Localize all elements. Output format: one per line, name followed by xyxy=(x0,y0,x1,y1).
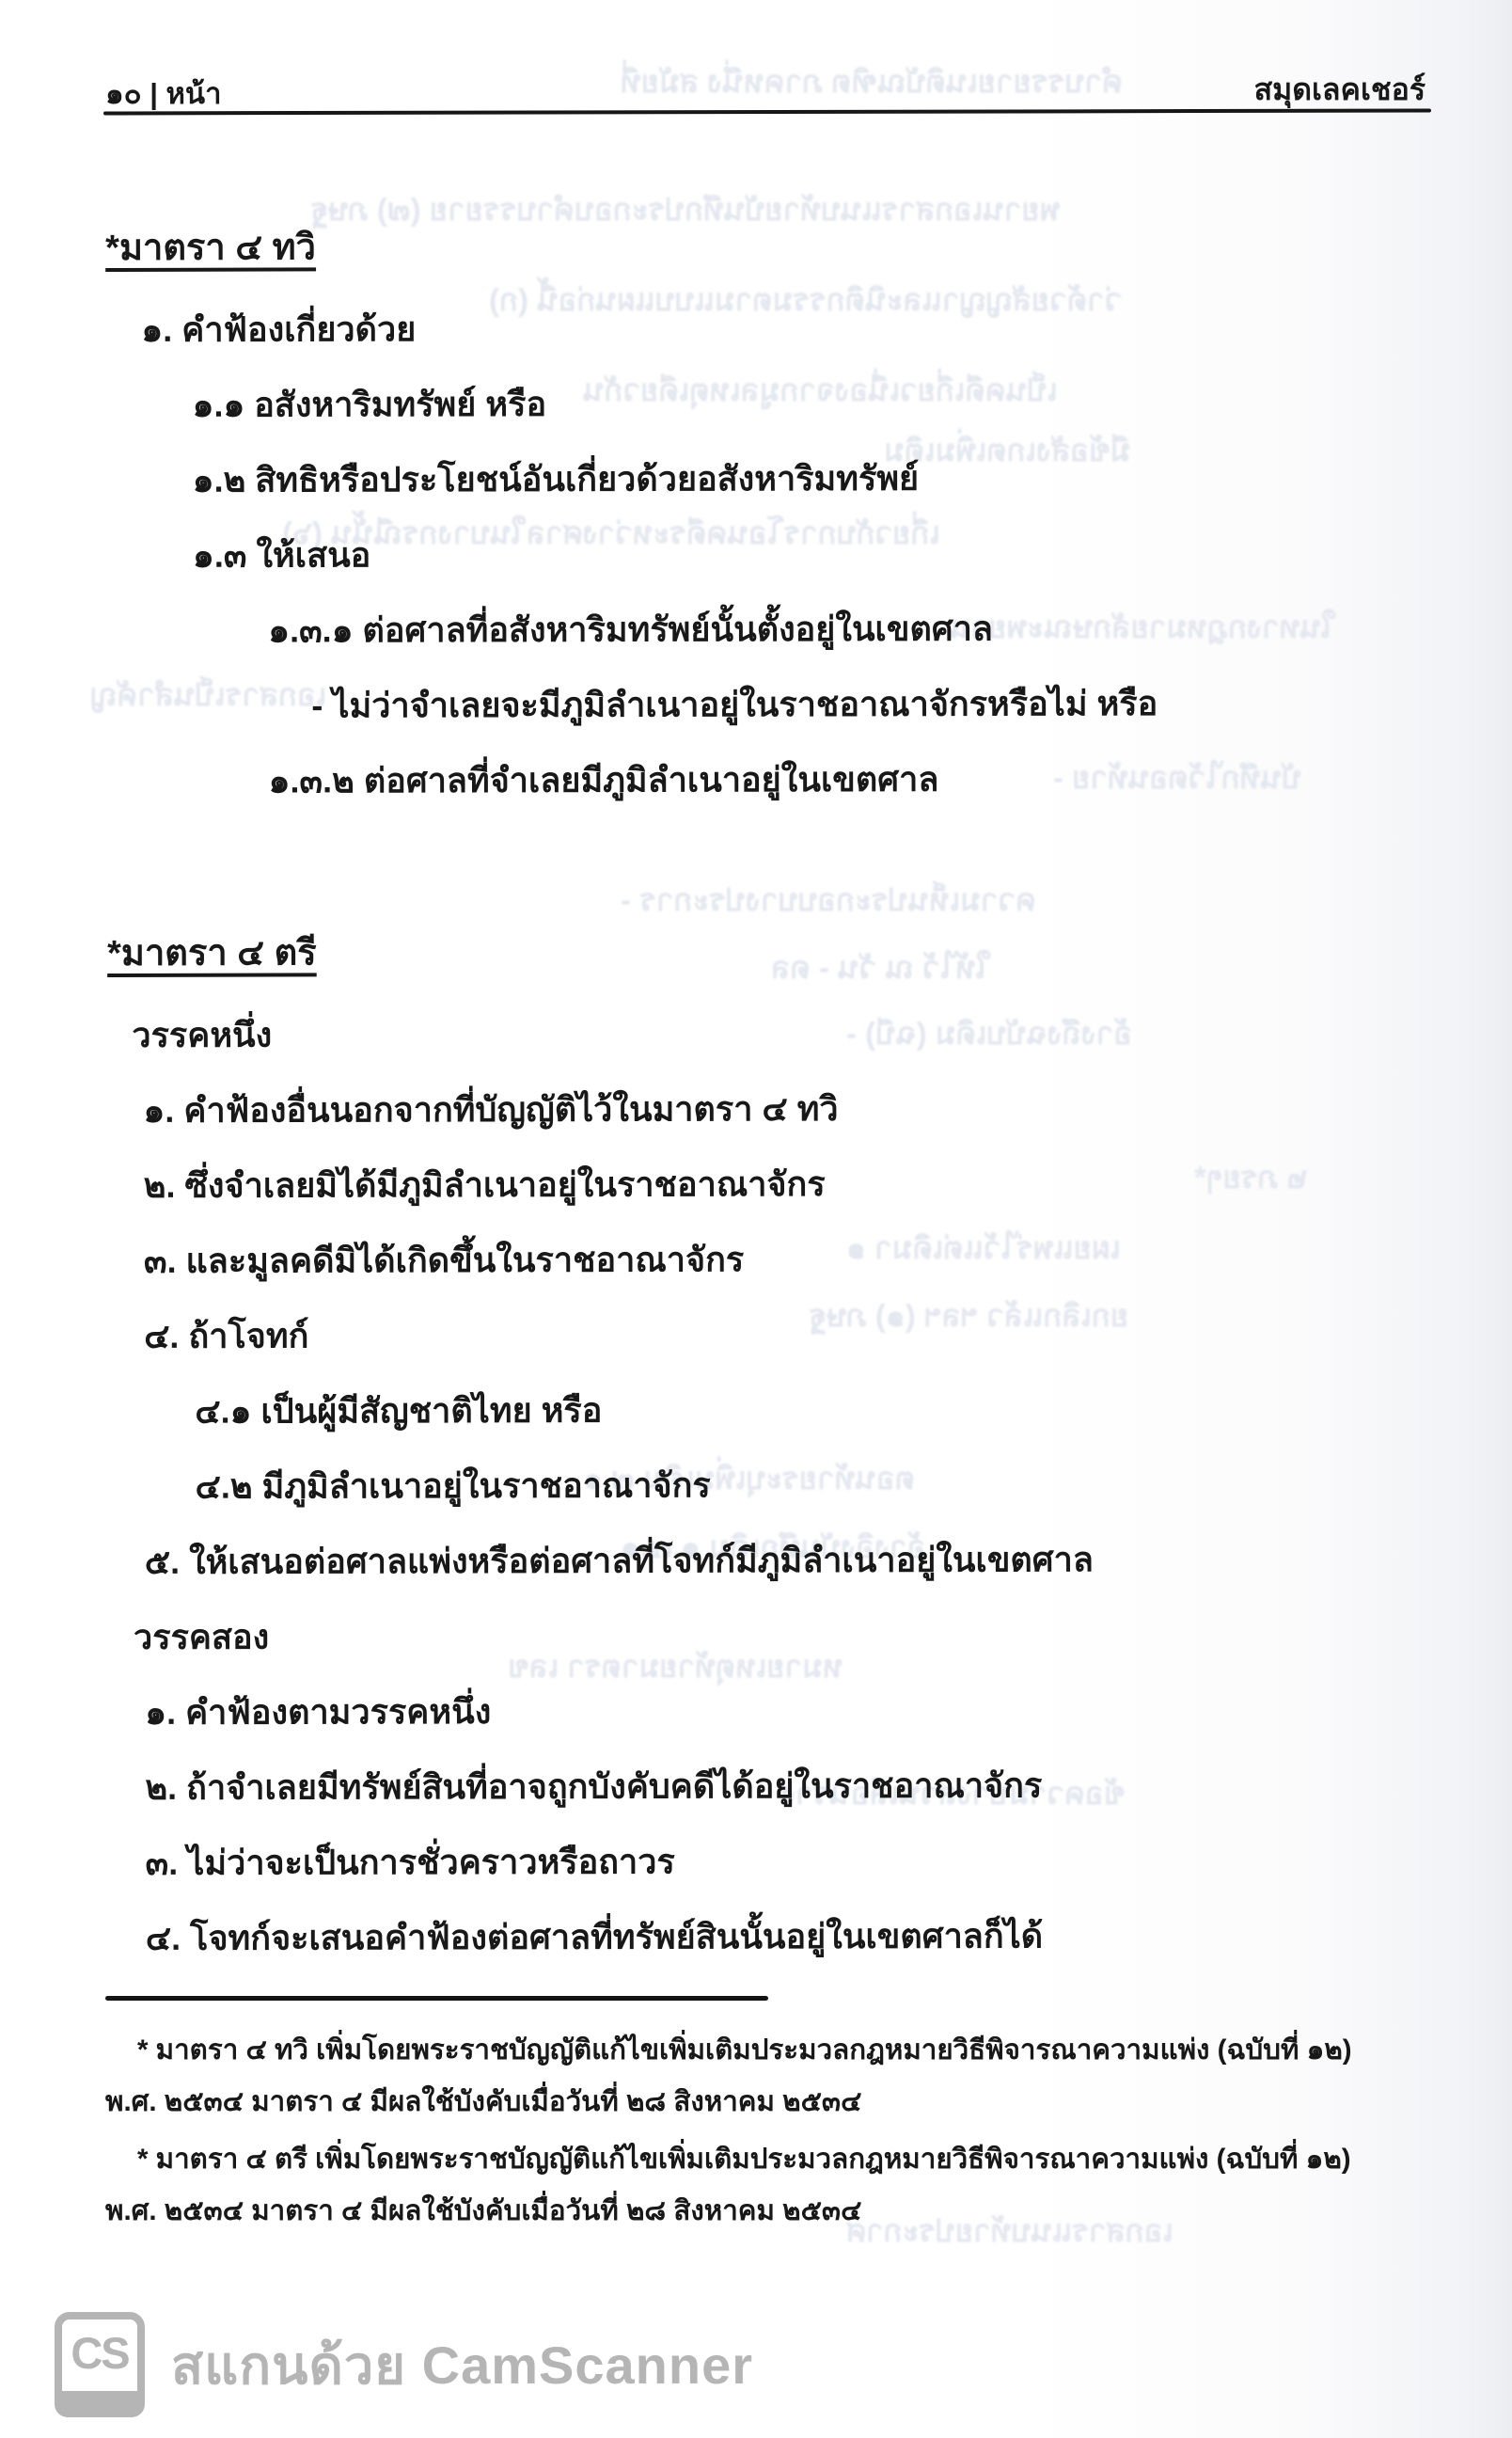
content-line: ๑.๓.๑ ต่อศาลที่อสังหาริมทรัพย์นั้นตั้งอย… xyxy=(106,589,1457,668)
content-line: วรรคหนึ่ง xyxy=(107,993,1457,1072)
footnote-line: พ.ศ. ๒๕๓๔ มาตรา ๔ มีผลใช้บังคับเมื่อวันท… xyxy=(105,2185,1456,2237)
content-line: ๑.๑ อสังหาริมทรัพย์ หรือ xyxy=(105,363,1456,442)
camscanner-icon: CS xyxy=(55,2312,145,2417)
content-line: ๕. ให้เสนอต่อศาลแพ่งหรือต่อศาลที่โจทก์มี… xyxy=(109,1520,1459,1599)
footnote-line: พ.ศ. ๒๕๓๔ มาตรา ๔ มีผลใช้บังคับเมื่อวันท… xyxy=(105,2076,1456,2128)
content-line: *มาตรา ๔ ทวิ xyxy=(105,198,1456,292)
bleed-through-text: คำบรรยายเนติบัณฑิต ภาคหนึ่ง สมัยที่ xyxy=(621,56,1123,106)
content-line: ๑. คำฟ้องอื่นนอกจากที่บัญญัติไว้ในมาตรา … xyxy=(107,1069,1457,1148)
content-line: ๓. และมูลคดีมิได้เกิดขึ้นในราชอาณาจักร xyxy=(108,1219,1458,1298)
footnote-divider xyxy=(105,1996,768,2001)
camscanner-watermark: CS สแกนด้วย CamScanner xyxy=(55,2312,753,2417)
camscanner-icon-letters: CS xyxy=(71,2327,128,2379)
content-line: ๔.๒ มีภูมิลำเนาอยู่ในราชอาณาจักร xyxy=(108,1445,1458,1524)
content-line: ๒. ซึ่งจำเลยมิได้มีภูมิลำเนาอยู่ในราชอาณ… xyxy=(108,1144,1458,1223)
content-line: ๑. คำฟ้องเกี่ยวด้วย xyxy=(105,288,1456,367)
scanned-page: คำบรรยายเนติบัณฑิต ภาคหนึ่ง สมัยที่พยานเ… xyxy=(0,0,1512,2438)
header-title: สมุดเลคเชอร์ xyxy=(1254,66,1425,114)
camscanner-icon-band xyxy=(55,2391,145,2417)
content-line: ๓. ไม่ว่าจะเป็นการชั่วคราวหรือถาวร xyxy=(110,1821,1460,1900)
header-divider xyxy=(103,109,1431,116)
content-line: ๔. ถ้าโจทก์ xyxy=(108,1294,1458,1373)
content-line: ๑.๓ ให้เสนอ xyxy=(106,514,1457,593)
content-line: ๒. ถ้าจำเลยมีทรัพย์สินที่อาจถูกบังคับคดี… xyxy=(109,1746,1459,1825)
footnote-line: * มาตรา ๔ ตรี เพิ่มโดยพระราชบัญญัติแก้ไข… xyxy=(105,2133,1456,2185)
content-line: *มาตรา ๔ ตรี xyxy=(107,904,1457,997)
document-content: *มาตรา ๔ ทวิ๑. คำฟ้องเกี่ยวด้วย๑.๑ อสังห… xyxy=(105,198,1460,1975)
content-line: ๔.๑ เป็นผู้มีสัญชาติไทย หรือ xyxy=(108,1369,1458,1449)
camscanner-watermark-text: สแกนด้วย CamScanner xyxy=(171,2323,753,2407)
content-line: ๑.๒ สิทธิหรือประโยชน์อันเกี่ยวด้วยอสังหา… xyxy=(106,438,1457,517)
content-line: ๔. โจทก์จะเสนอคำฟ้องต่อศาลที่ทรัพย์สินนั… xyxy=(110,1896,1460,1975)
content-line: ๑.๓.๒ ต่อศาลที่จำเลยมีภูมิลำเนาอยู่ในเขต… xyxy=(107,739,1457,818)
page-number: ๑๐ | หน้า xyxy=(105,70,222,117)
content-line: - ไม่ว่าจำเลยจะมีภูมิลำเนาอยู่ในราชอาณาจ… xyxy=(106,664,1457,743)
footnotes: * มาตรา ๔ ทวิ เพิ่มโดยพระราชบัญญัติแก้ไข… xyxy=(105,2024,1456,2242)
content-line: วรรคสอง xyxy=(109,1595,1459,1674)
content-line: ๑. คำฟ้องตามวรรคหนึ่ง xyxy=(109,1670,1459,1749)
footnote-line: * มาตรา ๔ ทวิ เพิ่มโดยพระราชบัญญัติแก้ไข… xyxy=(105,2024,1456,2076)
